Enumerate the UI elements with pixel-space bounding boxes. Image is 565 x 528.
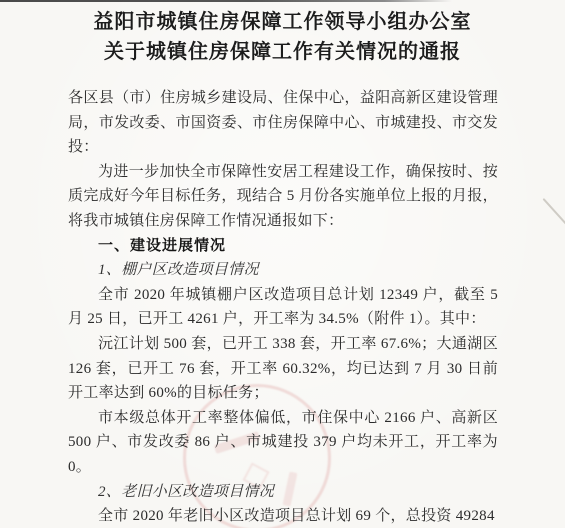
shantytown-plan-paragraph: 全市 2020 年城镇棚户区改造项目总计划 12349 户，截至 5 月 25 …	[68, 283, 498, 332]
salutation-paragraph: 各区县（市）住房城乡建设局、住保中心，益阳高新区建设管理局，市发改委、市国资委、…	[68, 86, 498, 160]
document-body: 各区县（市）住房城乡建设局、住保中心，益阳高新区建设管理局，市发改委、市国资委、…	[68, 86, 498, 528]
municipal-progress-paragraph: 市本级总体开工率整体偏低，市住保中心 2166 户、高新区 500 户、市发改委…	[68, 406, 498, 480]
old-community-plan-paragraph: 全市 2020 年老旧小区改造项目总计划 69 个，总投资 49284	[68, 504, 498, 528]
document-title-line-1: 益阳市城镇住房保障工作领导小组办公室	[0, 7, 565, 37]
subsection-2-heading: 2、老旧小区改造项目情况	[68, 480, 498, 505]
intro-paragraph: 为进一步加快全市保障性安居工程建设工作，确保按时、按质完成好今年目标任务，现结合…	[68, 160, 498, 234]
section-1-heading: 一、建设进展情况	[68, 234, 498, 259]
district-progress-paragraph: 沅江计划 500 套，已开工 338 套，开工率 67.6%；大通湖区 126 …	[68, 332, 498, 406]
scanned-document-page: 益阳市城镇住房保障工作领导小组办公室 关于城镇住房保障工作有关情况的通报 各区县…	[0, 0, 565, 528]
subsection-1-heading: 1、棚户区改造项目情况	[68, 258, 498, 283]
document-title-line-2: 关于城镇住房保障工作有关情况的通报	[0, 37, 565, 67]
scan-artifact-diagonal-crease	[543, 198, 565, 232]
document-title: 益阳市城镇住房保障工作领导小组办公室 关于城镇住房保障工作有关情况的通报	[0, 7, 565, 67]
scan-artifact-top-edge	[0, 0, 452, 2]
